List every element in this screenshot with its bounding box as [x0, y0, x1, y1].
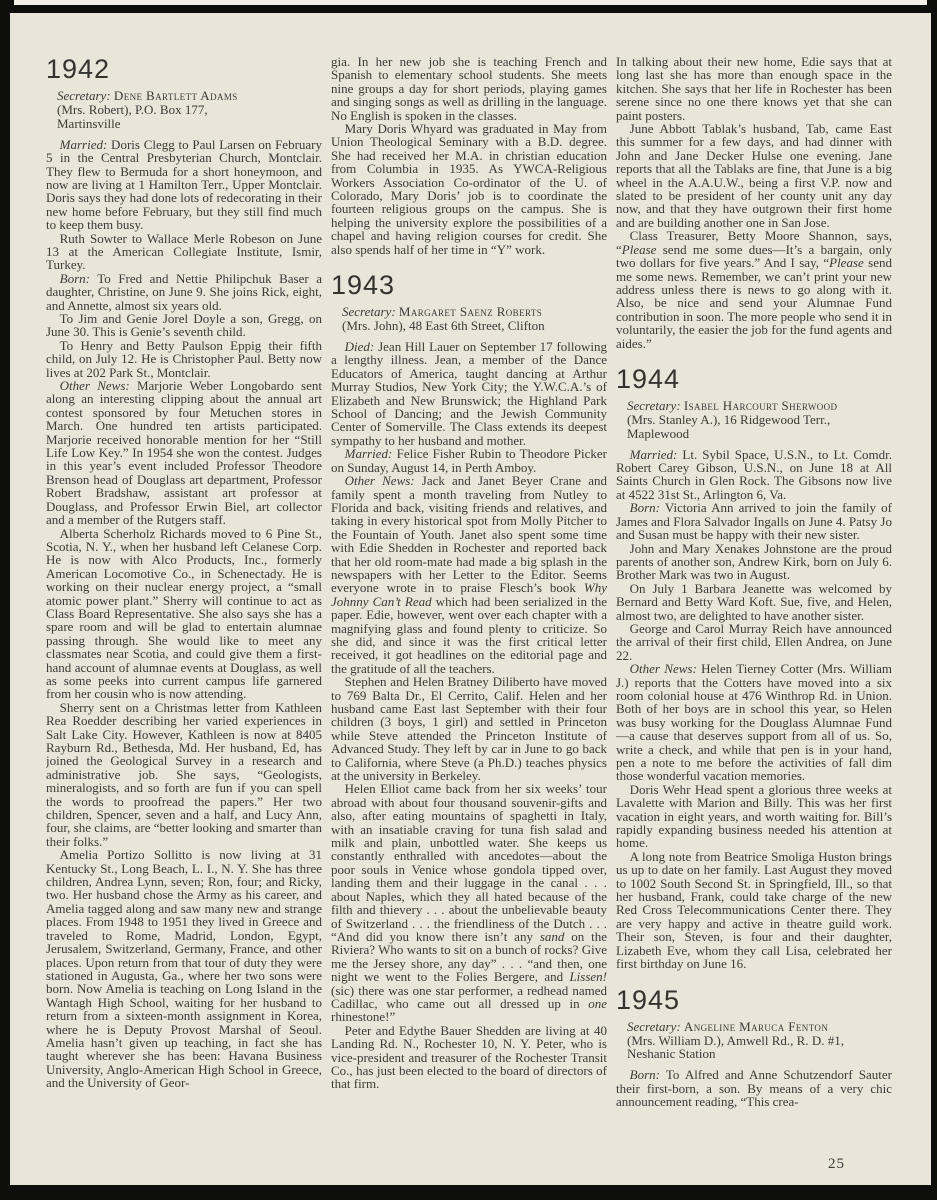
text-column: 1942Secretary: Dene Bartlett Adams(Mrs. … [46, 55, 322, 1155]
secretary-line: Secretary: Dene Bartlett Adams [57, 89, 322, 103]
paragraph: Born: To Alfred and Anne Schutzendorf Sa… [616, 1068, 892, 1108]
secretary-block: Secretary: Isabel Harcourt Sherwood(Mrs.… [616, 399, 892, 440]
paragraph: Amelia Portizo Sollitto is now living at… [46, 848, 322, 1089]
secretary-line: Secretary: Margaret Saenz Roberts [342, 305, 607, 319]
paragraph: To Henry and Betty Paulson Eppig their f… [46, 339, 322, 379]
paragraph: Peter and Edythe Bauer Shedden are livin… [331, 1024, 607, 1091]
paragraph: Born: Victoria Ann arrived to join the f… [616, 501, 892, 541]
paragraph: To Jim and Genie Jorel Doyle a son, Greg… [46, 312, 322, 339]
paragraph: In talking about their new home, Edie sa… [616, 55, 892, 122]
paragraph: Other News: Helen Tierney Cotter (Mrs. W… [616, 662, 892, 783]
secretary-address-line: Martinsville [57, 117, 322, 131]
text-column: In talking about their new home, Edie sa… [616, 55, 892, 1155]
paragraph-label: Married: [60, 137, 108, 152]
secretary-address-line: (Mrs. William D.), Amwell Rd., R. D. #1, [627, 1034, 892, 1048]
paragraph-label: Married: [345, 446, 393, 461]
class-year-heading: 1942 [46, 55, 322, 83]
paragraph: Other News: Marjorie Weber Longobardo se… [46, 379, 322, 526]
paragraph: Mary Doris Whyard was graduated in May f… [331, 122, 607, 256]
secretary-block: Secretary: Margaret Saenz Roberts(Mrs. J… [331, 305, 607, 333]
secretary-address-line: Neshanic Station [627, 1047, 892, 1061]
paragraph-label: Other News: [345, 473, 415, 488]
paragraph: Married: Lt. Sybil Space, U.S.N., to Lt.… [616, 448, 892, 502]
paragraph: June Abbott Tablak’s husband, Tab, came … [616, 122, 892, 229]
columns: 1942Secretary: Dene Bartlett Adams(Mrs. … [46, 55, 892, 1155]
secretary-address-line: (Mrs. Stanley A.), 16 Ridgewood Terr., [627, 413, 892, 427]
paragraph: A long note from Beatrice Smoliga Huston… [616, 850, 892, 971]
paragraph: Died: Jean Hill Lauer on September 17 fo… [331, 340, 607, 447]
paragraph: George and Carol Murray Reich have annou… [616, 622, 892, 662]
paragraph: Ruth Sowter to Wallace Merle Robeson on … [46, 232, 322, 272]
secretary-address-line: (Mrs. John), 48 East 6th Street, Clifton [342, 319, 607, 333]
paragraph: Married: Felice Fisher Rubin to Theodore… [331, 447, 607, 474]
paragraph: Class Treasurer, Betty Moore Shannon, sa… [616, 229, 892, 350]
secretary-block: Secretary: Angeline Maruca Fenton(Mrs. W… [616, 1020, 892, 1061]
text-column: gia. In her new job she is teaching Fren… [331, 55, 607, 1155]
scan-edge-highlight [14, 0, 927, 5]
secretary-line: Secretary: Angeline Maruca Fenton [627, 1020, 892, 1034]
secretary-address-line: Maplewood [627, 427, 892, 441]
scanned-magazine-page: { "page": { "number": "25" }, "colors": … [0, 0, 937, 1200]
paragraph-label: Other News: [60, 378, 130, 393]
secretary-name: Angeline Maruca Fenton [684, 1019, 828, 1034]
class-year-heading: 1945 [616, 986, 892, 1014]
secretary-name: Dene Bartlett Adams [114, 88, 238, 103]
paragraph-label: Married: [630, 447, 678, 462]
secretary-block: Secretary: Dene Bartlett Adams(Mrs. Robe… [46, 89, 322, 130]
page-number: 25 [828, 1156, 845, 1173]
class-year-heading: 1943 [331, 271, 607, 299]
paragraph: Sherry sent on a Christmas letter from K… [46, 701, 322, 848]
paragraph-label: Other News: [630, 661, 697, 676]
paragraph: Married: Doris Clegg to Paul Larsen on F… [46, 138, 322, 232]
secretary-name: Margaret Saenz Roberts [399, 304, 542, 319]
paragraph-label: Born: [60, 271, 90, 286]
paragraph-label: Born: [630, 1067, 660, 1082]
paragraph: On July 1 Barbara Jeanette was welcomed … [616, 582, 892, 622]
paragraph: Other News: Jack and Janet Beyer Crane a… [331, 474, 607, 675]
secretary-name: Isabel Harcourt Sherwood [684, 398, 838, 413]
paragraph-label: Born: [630, 500, 660, 515]
paragraph: John and Mary Xenakes Johnstone are the … [616, 542, 892, 582]
paragraph: Helen Elliot came back from her six week… [331, 782, 607, 1023]
paragraph: Born: To Fred and Nettie Philipchuk Base… [46, 272, 322, 312]
class-year-heading: 1944 [616, 365, 892, 393]
paragraph: Stephen and Helen Bratney Diliberto have… [331, 675, 607, 782]
secretary-line: Secretary: Isabel Harcourt Sherwood [627, 399, 892, 413]
magazine-page: 1942Secretary: Dene Bartlett Adams(Mrs. … [10, 13, 931, 1185]
secretary-address-line: (Mrs. Robert), P.O. Box 177, [57, 103, 322, 117]
paragraph: Alberta Scherholz Richards moved to 6 Pi… [46, 527, 322, 701]
paragraph-label: Died: [345, 339, 375, 354]
paragraph: Doris Wehr Head spent a glorious three w… [616, 783, 892, 850]
paragraph: gia. In her new job she is teaching Fren… [331, 55, 607, 122]
